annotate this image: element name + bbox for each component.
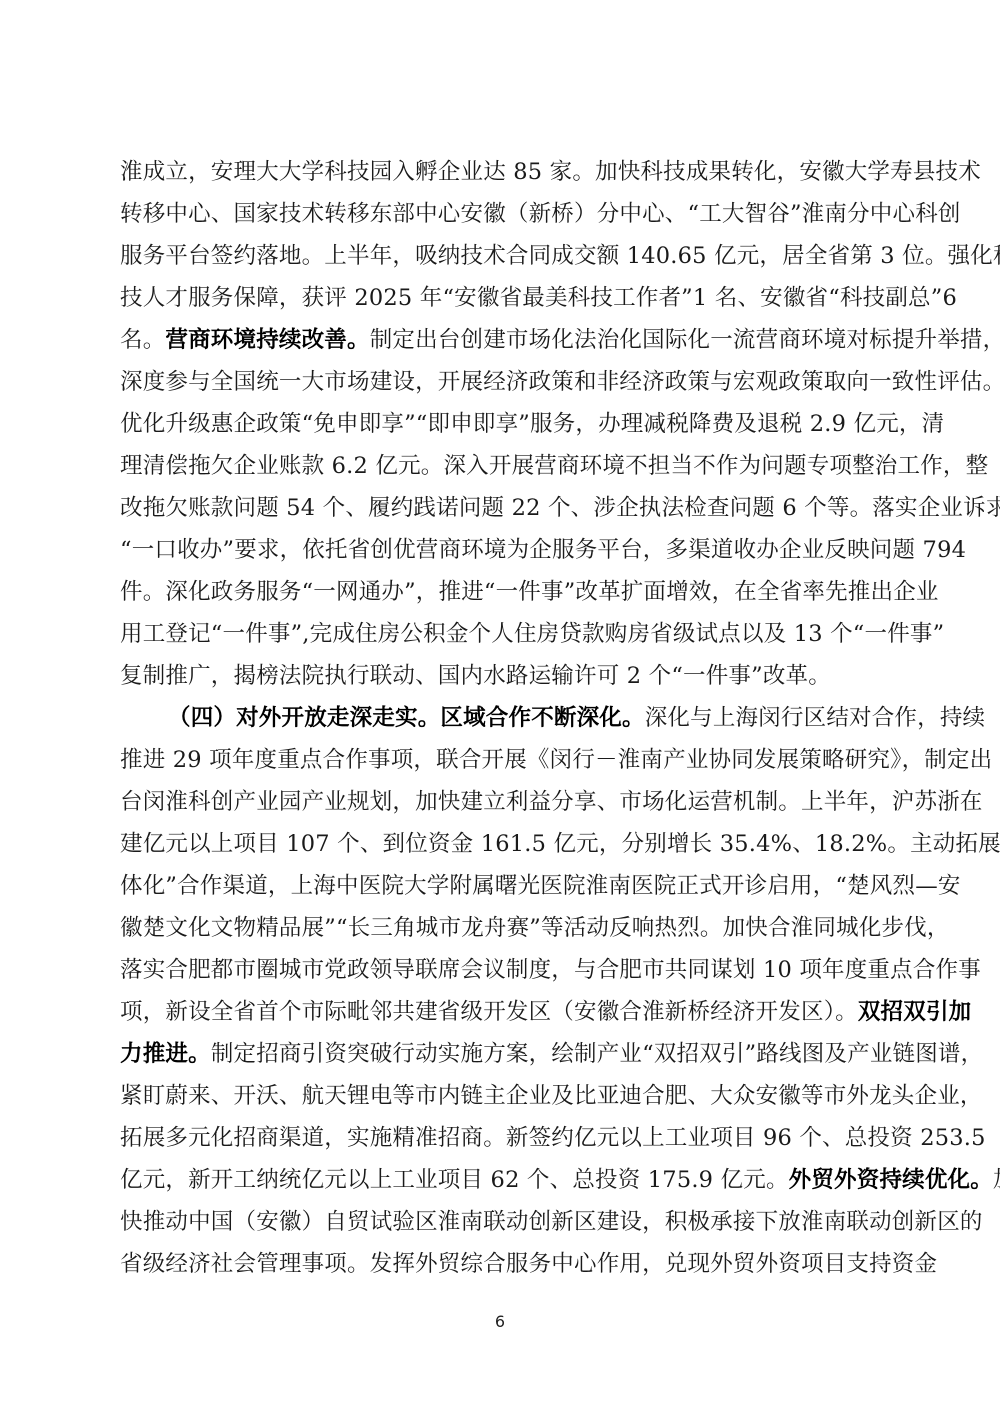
text-line: 力推进。制定招商引资突破行动实施方案，绘制产业“双招双引”路线图及产业链图谱， (120, 1033, 880, 1075)
bold-subheading-foreign-trade: 外贸外资持续优化。 (789, 1167, 993, 1193)
section-heading: （四）对外开放走深走实。 (168, 705, 440, 731)
section-heading-line: （四）对外开放走深走实。区域合作不断深化。深化与上海闵行区结对合作，持续 (168, 697, 880, 739)
text-line: 台闵淮科创产业园产业规划，加快建立利益分享、市场化运营机制。上半年，沪苏浙在 (120, 781, 880, 823)
bold-subheading-business-environment: 营商环境持续改善。 (165, 327, 369, 353)
text-line: 优化升级惠企政策“免申即享”“即申即享”服务，办理减税降费及退税 2.9 亿元，… (120, 403, 880, 445)
text-line: 体化”合作渠道，上海中医院大学附属曙光医院淮南医院正式开诊启用，“楚风烈—安 (120, 865, 880, 907)
text-line: 省级经济社会管理事项。发挥外贸综合服务中心作用，兑现外贸外资项目支持资金 (120, 1243, 880, 1285)
text-line: 落实合肥都市圈城市党政领导联席会议制度，与合肥市共同谋划 10 项年度重点合作事 (120, 949, 880, 991)
text-line: 技人才服务保障，获评 2025 年“安徽省最美科技工作者”1 名、安徽省“科技副… (120, 277, 880, 319)
document-page: 淮成立，安理大大学科技园入孵企业达 85 家。加快科技成果转化，安徽大学寿县技术… (0, 0, 1000, 1415)
text-line: 件。深化政务服务“一网通办”，推进“一件事”改革扩面增效，在全省率先推出企业 (120, 571, 880, 613)
text-line: 建亿元以上项目 107 个、到位资金 161.5 亿元，分别增长 35.4%、1… (120, 823, 880, 865)
text-line: 服务平台签约落地。上半年，吸纳技术合同成交额 140.65 亿元，居全省第 3 … (120, 235, 880, 277)
text-line: 用工登记“一件事”,完成住房公积金个人住房贷款购房省级试点以及 13 个“一件事… (120, 613, 880, 655)
text-line: 淮成立，安理大大学科技园入孵企业达 85 家。加快科技成果转化，安徽大学寿县技术 (120, 151, 880, 193)
text-line: 徽楚文化文物精品展”“长三角城市龙舟赛”等活动反响热烈。加快合淮同城化步伐， (120, 907, 880, 949)
text-line: 拓展多元化招商渠道，实施精准招商。新签约亿元以上工业项目 96 个、总投资 25… (120, 1117, 880, 1159)
bold-subheading-investment-attraction: 双招双引加 (858, 999, 972, 1025)
text-line: 亿元，新开工纳统亿元以上工业项目 62 个、总投资 175.9 亿元。外贸外资持… (120, 1159, 880, 1201)
text-line: 理清偿拖欠企业账款 6.2 亿元。深入开展营商环境不担当不作为问题专项整治工作，… (120, 445, 880, 487)
bold-subheading-investment-attraction-cont: 力推进。 (120, 1041, 211, 1067)
text-line: “一口收办”要求，依托省创优营商环境为企服务平台，多渠道收办企业反映问题 794 (120, 529, 880, 571)
text-line: 推进 29 项年度重点合作事项，联合开展《闵行－淮南产业协同发展策略研究》，制定… (120, 739, 880, 781)
text-line: 改拖欠账款问题 54 个、履约践诺问题 22 个、涉企执法检查问题 6 个等。落… (120, 487, 880, 529)
text-line: 名。营商环境持续改善。制定出台创建市场化法治化国际化一流营商环境对标提升举措， (120, 319, 880, 361)
text-line: 紧盯蔚来、开沃、航天锂电等市内链主企业及比亚迪合肥、大众安徽等市外龙头企业， (120, 1075, 880, 1117)
page-number: 6 (0, 1312, 1000, 1331)
text-line: 快推动中国（安徽）自贸试验区淮南联动创新区建设，积极承接下放淮南联动创新区的 (120, 1201, 880, 1243)
text-line: 项，新设全省首个市际毗邻共建省级开发区（安徽合淮新桥经济开发区）。双招双引加 (120, 991, 880, 1033)
text-line: 转移中心、国家技术转移东部中心安徽（新桥）分中心、“工大智谷”淮南分中心科创 (120, 193, 880, 235)
bold-subheading-regional-cooperation: 区域合作不断深化。 (440, 705, 644, 731)
text-line: 深度参与全国统一大市场建设，开展经济政策和非经济政策与宏观政策取向一致性评估。 (120, 361, 880, 403)
text-line: 复制推广，揭榜法院执行联动、国内水路运输许可 2 个“一件事”改革。 (120, 655, 880, 697)
